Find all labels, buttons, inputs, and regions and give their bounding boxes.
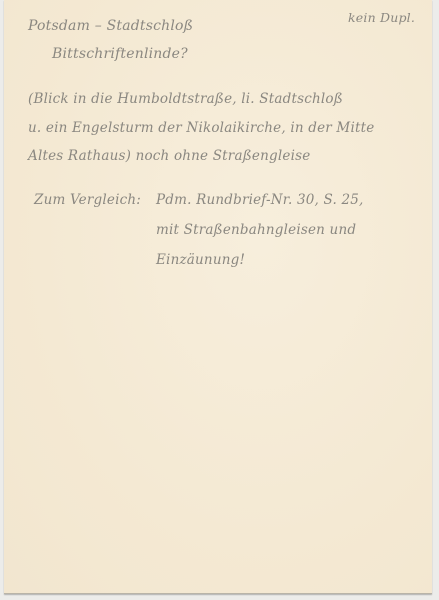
description-line-1: (Blick in die Humboldtstraße, li. Stadts… xyxy=(28,91,343,107)
title-line-1: Potsdam – Stadtschloß xyxy=(28,18,193,34)
comparison-line-3: Einzäunung! xyxy=(156,252,245,268)
description-line-3: Altes Rathaus) noch ohne Straßengleise xyxy=(28,148,310,164)
description-line-2: u. ein Engelsturm der Nikolaikirche, in … xyxy=(28,120,374,136)
corner-note: kein Dupl. xyxy=(348,10,415,25)
comparison-line-2: mit Straßenbahngleisen und xyxy=(156,222,356,238)
archive-card: kein Dupl. Potsdam – Stadtschloß Bittsch… xyxy=(4,0,432,594)
title-line-2: Bittschriftenlinde? xyxy=(52,46,188,62)
comparison-line-1: Pdm. Rundbrief-Nr. 30, S. 25, xyxy=(156,192,364,208)
comparison-label: Zum Vergleich: xyxy=(34,192,141,208)
